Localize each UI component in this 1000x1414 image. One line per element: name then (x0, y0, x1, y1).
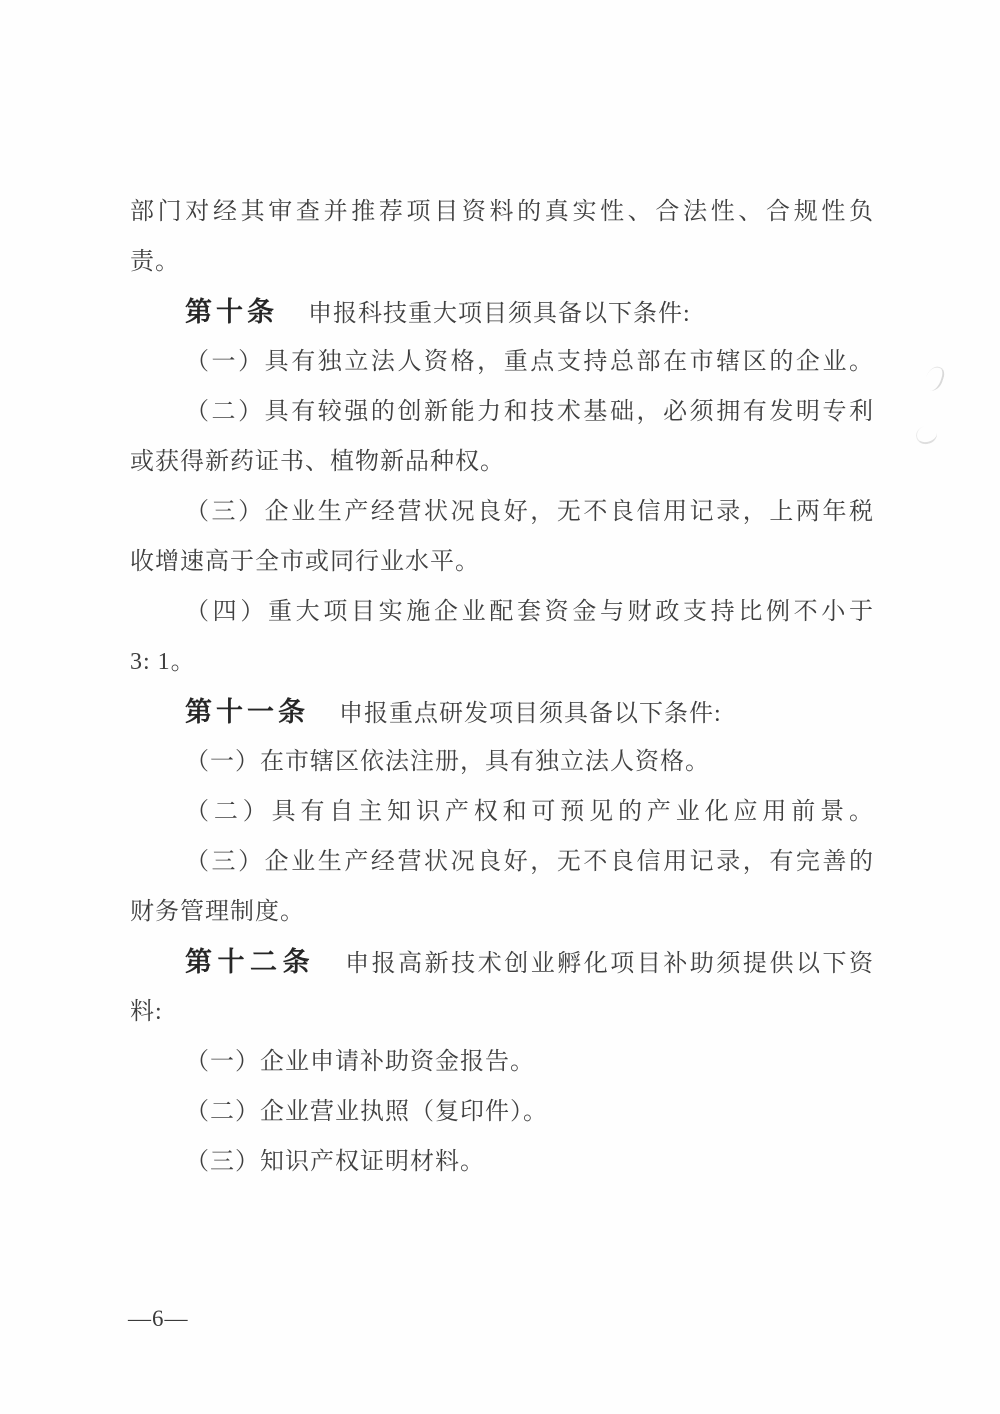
text-line: 3: 1。 (130, 637, 874, 687)
line-text: （三）知识产权证明材料。 (185, 1149, 485, 1175)
article-number: 第十一条 (185, 697, 309, 727)
text-line: 财务管理制度。 (130, 887, 874, 937)
text-line: （三）知识产权证明材料。 (130, 1137, 874, 1187)
line-text: （二）具有较强的创新能力和技术基础，必须拥有发明专利 (185, 399, 874, 425)
text-line: （三）企业生产经营状况良好，无不良信用记录，有完善的 (130, 837, 874, 887)
article-heading-11: 第十一条申报重点研发项目须具备以下条件: (130, 687, 874, 737)
line-text: （三）企业生产经营状况良好，无不良信用记录，上两年税 (185, 499, 874, 525)
line-text: 申报重点研发项目须具备以下条件: (339, 701, 722, 727)
line-text: 申报科技重大项目须具备以下条件: (308, 301, 691, 327)
line-text: （一）企业申请补助资金报告。 (185, 1049, 535, 1075)
text-line: （一）具有独立法人资格，重点支持总部在市辖区的企业。 (130, 337, 874, 387)
line-text: （三）企业生产经营状况良好，无不良信用记录，有完善的 (185, 849, 874, 875)
article-number: 第十二条 (185, 947, 315, 977)
scan-smudge (923, 364, 947, 393)
line-text: 财务管理制度。 (130, 899, 305, 925)
text-line: 部门对经其审查并推荐项目资料的真实性、合法性、合规性负 (130, 187, 874, 237)
line-text: 收增速高于全市或同行业水平。 (130, 549, 480, 575)
text-line: 责。 (130, 237, 874, 287)
article-number: 第十条 (185, 297, 278, 327)
line-text: 或获得新药证书、植物新品种权。 (130, 449, 505, 475)
page-number: —6— (128, 1306, 189, 1332)
text-line: 收增速高于全市或同行业水平。 (130, 537, 874, 587)
line-text: （一）在市辖区依法注册，具有独立法人资格。 (185, 749, 710, 775)
document-text: 部门对经其审查并推荐项目资料的真实性、合法性、合规性负 责。 第十条申报科技重大… (130, 187, 874, 1187)
text-line: （二）具有较强的创新能力和技术基础，必须拥有发明专利 (130, 387, 874, 437)
line-text: 料: (130, 999, 163, 1025)
text-line: （三）企业生产经营状况良好，无不良信用记录，上两年税 (130, 487, 874, 537)
line-text: （四）重大项目实施企业配套资金与财政支持比例不小于 (185, 599, 874, 625)
document-page: 部门对经其审查并推荐项目资料的真实性、合法性、合规性负 责。 第十条申报科技重大… (0, 0, 1000, 1414)
line-text: 部门对经其审查并推荐项目资料的真实性、合法性、合规性负 (130, 199, 874, 225)
article-heading-10: 第十条申报科技重大项目须具备以下条件: (130, 287, 874, 337)
text-line: （四）重大项目实施企业配套资金与财政支持比例不小于 (130, 587, 874, 637)
article-heading-12: 第十二条申报高新技术创业孵化项目补助须提供以下资 (130, 937, 874, 987)
text-line: 料: (130, 987, 874, 1037)
text-line: （一）在市辖区依法注册，具有独立法人资格。 (130, 737, 874, 787)
text-line: （二）企业营业执照（复印件）。 (130, 1087, 874, 1137)
text-line: （一）企业申请补助资金报告。 (130, 1037, 874, 1087)
text-line: 或获得新药证书、植物新品种权。 (130, 437, 874, 487)
line-text: （一）具有独立法人资格，重点支持总部在市辖区的企业。 (185, 349, 874, 375)
line-text: 申报高新技术创业孵化项目补助须提供以下资 (345, 951, 874, 977)
scan-smudge (914, 424, 939, 447)
line-text: 责。 (130, 249, 180, 275)
text-line: （二）具有自主知识产权和可预见的产业化应用前景。 (130, 787, 874, 837)
line-text: （二）具有自主知识产权和可预见的产业化应用前景。 (185, 799, 874, 825)
line-text: 3: 1。 (130, 649, 196, 675)
line-text: （二）企业营业执照（复印件）。 (185, 1099, 548, 1125)
